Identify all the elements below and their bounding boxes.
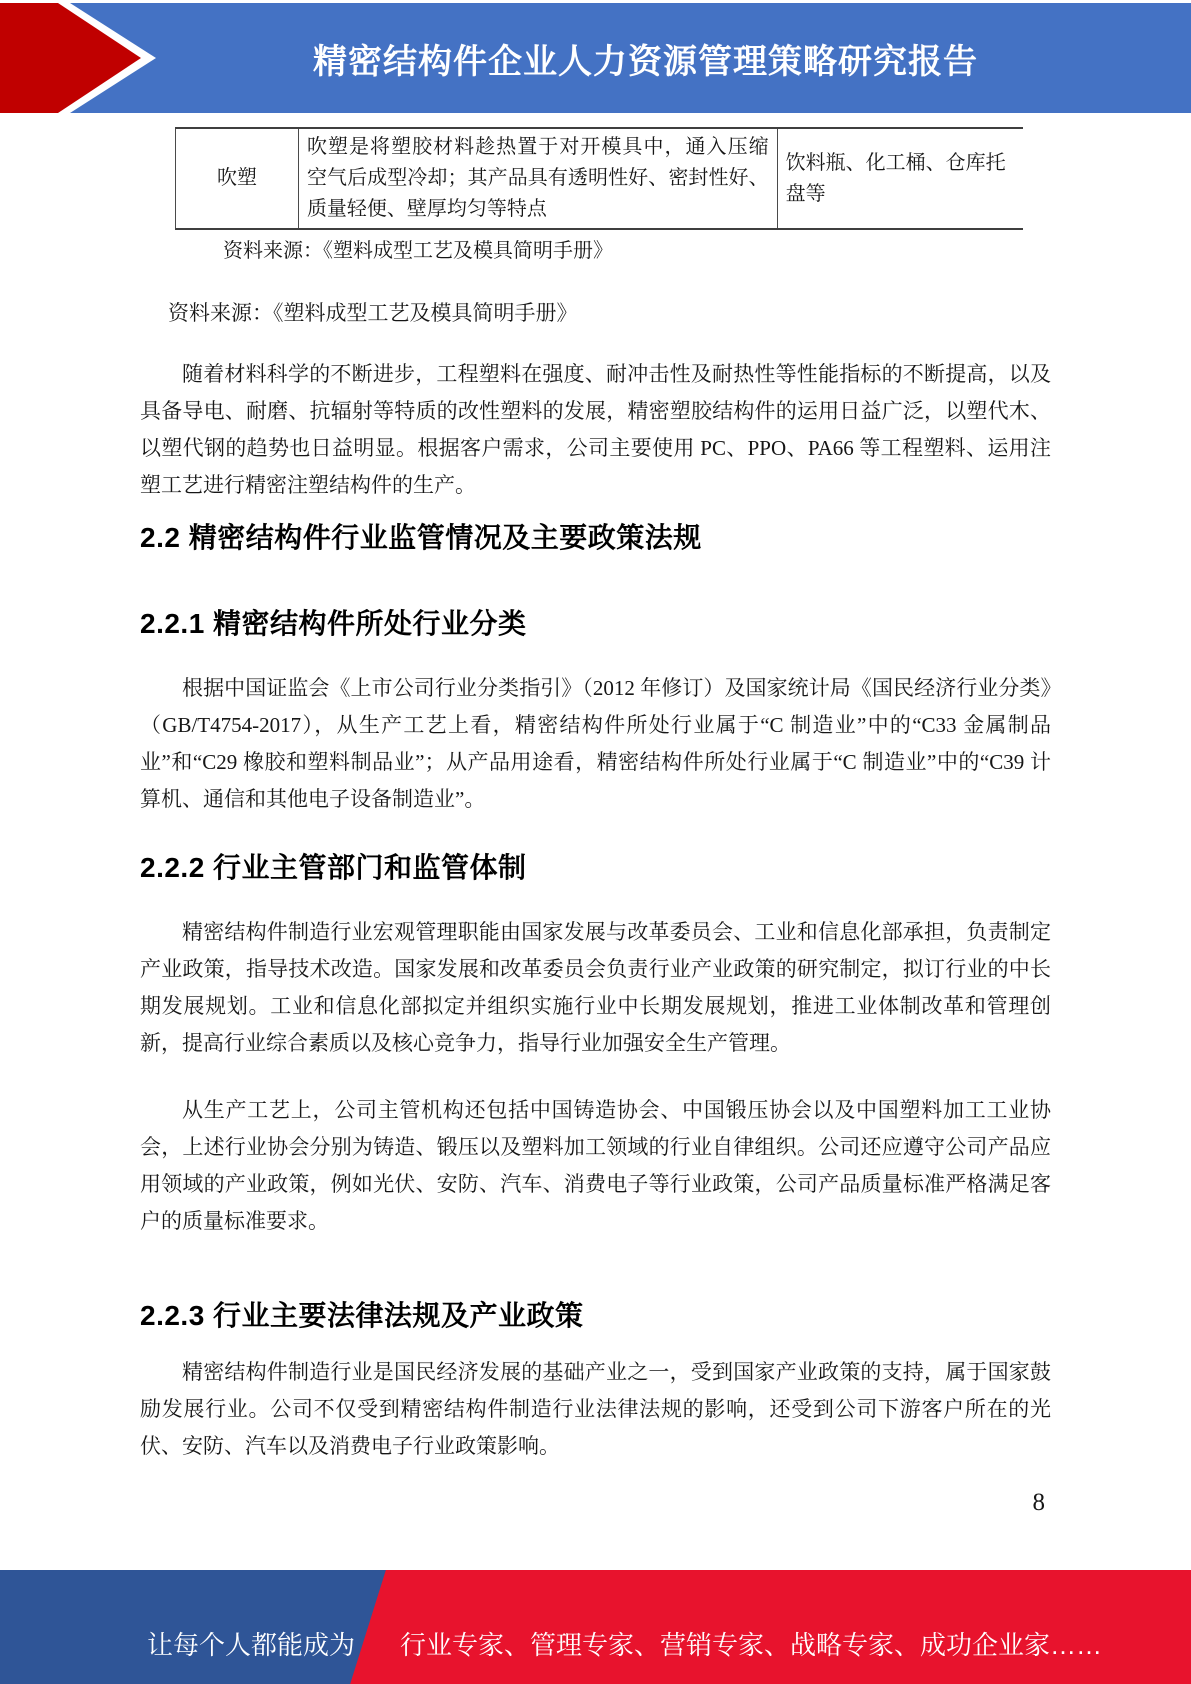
table-row: 吹塑 吹塑是将塑胶材料趁热置于对开模具中，通入压缩 空气后成型冷却；其产品具有透… [176,128,1024,229]
report-page: 精密结构件企业人力资源管理策略研究报告 吹塑 吹塑是将塑胶材料趁热置于对开模具中… [0,0,1191,1684]
footer-slogan-left: 让每个人都能成为 [147,1625,357,1662]
paragraph-intro: 随着材料科学的不断进步，工程塑料在强度、耐冲击性及耐热性等性能指标的不断提高，以… [140,356,1051,504]
heading-2-2-1: 2.2.1 精密结构件所处行业分类 [140,606,1051,642]
table-cell-description: 吹塑是将塑胶材料趁热置于对开模具中，通入压缩 空气后成型冷却；其产品具有透明性好… [298,128,777,229]
source-line: 资料来源：《塑料成型工艺及模具简明手册》 [168,300,1051,327]
heading-2-2-3: 2.2.3 行业主要法律法规及产业政策 [140,1298,1051,1334]
footer-band: 让每个人都能成为 行业专家、管理专家、营销专家、战略专家、成功企业家…… [0,1570,1191,1684]
molding-process-table: 吹塑 吹塑是将塑胶材料趁热置于对开模具中，通入压缩 空气后成型冷却；其产品具有透… [175,127,1023,230]
heading-2-2: 2.2 精密结构件行业监管情况及主要政策法规 [140,520,1051,556]
page-number: 8 [140,1489,1051,1517]
header-banner: 精密结构件企业人力资源管理策略研究报告 [0,3,1191,113]
paragraph-2-2-2-a: 精密结构件制造行业宏观管理职能由国家发展与改革委员会、工业和信息化部承担，负责制… [140,914,1051,1062]
paragraph-2-2-2-b: 从生产工艺上，公司主管机构还包括中国铸造协会、中国锻压协会以及中国塑料加工工业协… [140,1092,1051,1240]
document-body: 吹塑 吹塑是将塑胶材料趁热置于对开模具中，通入压缩 空气后成型冷却；其产品具有透… [140,113,1051,1517]
table-cell-process: 吹塑 [176,128,299,229]
report-title: 精密结构件企业人力资源管理策略研究报告 [0,3,1191,113]
heading-2-2-2: 2.2.2 行业主管部门和监管体制 [140,850,1051,886]
table-source-note: 资料来源：《塑料成型工艺及模具简明手册》 [223,238,1051,264]
table-cell-products: 饮料瓶、化工桶、仓库托盘等 [777,128,1023,229]
paragraph-2-2-1: 根据中国证监会《上市公司行业分类指引》（2012 年修订）及国家统计局《国民经济… [140,670,1051,818]
paragraph-2-2-3: 精密结构件制造行业是国民经济发展的基础产业之一，受到国家产业政策的支持，属于国家… [140,1354,1051,1465]
footer-slogan-right: 行业专家、管理专家、营销专家、战略专家、成功企业家…… [400,1625,1140,1662]
